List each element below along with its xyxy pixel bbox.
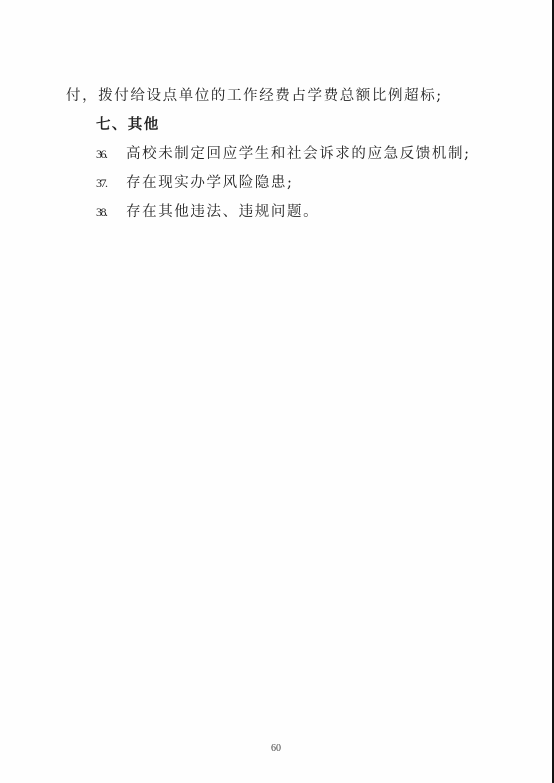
item-number: 37. [96,174,126,192]
continuation-text: 付，拨付给设点单位的工作经费占学费总额比例超标; [66,87,443,105]
item-number: 38. [96,203,126,221]
document-page: 付，拨付给设点单位的工作经费占学费总额比例超标; 七、其他 36.高校未制定回应… [0,0,554,783]
item-text: 高校未制定回应学生和社会诉求的应急反馈机制; [126,145,471,163]
page-number: 60 [0,743,552,754]
item-number: 36. [96,145,126,163]
item-text: 存在其他违法、违规问题。 [126,203,319,221]
item-text: 存在现实办学风险隐患; [126,174,293,192]
list-item: 38.存在其他违法、违规问题。 [96,203,319,221]
section-heading: 七、其他 [96,116,160,134]
list-item: 37.存在现实办学风险隐患; [96,174,293,192]
list-item: 36.高校未制定回应学生和社会诉求的应急反馈机制; [96,145,471,163]
